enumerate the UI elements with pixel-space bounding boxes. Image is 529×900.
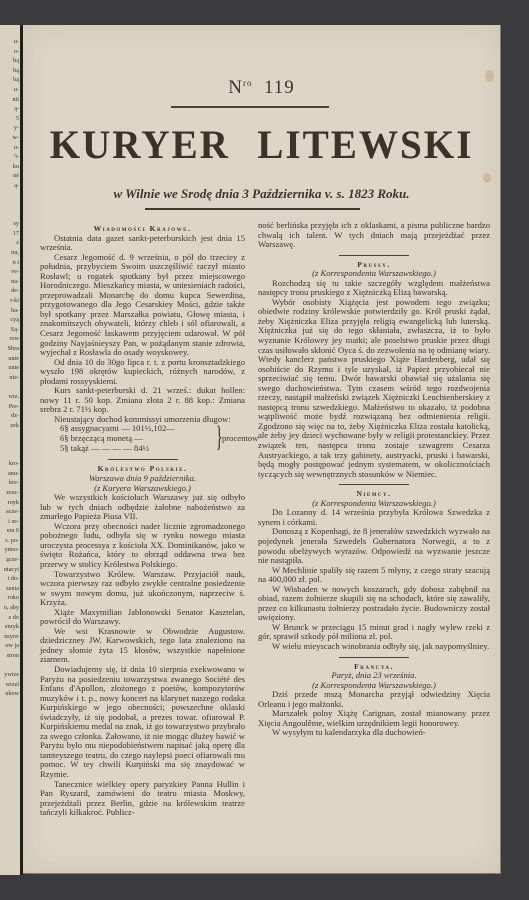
paragraph: Od dnia 10 do 30go lipca r. t. z portu k… [40, 358, 245, 387]
paragraph: Tanecznice wielkiey opery paryzkiey Pann… [40, 780, 245, 818]
previous-page-text-fragment: ywize [0, 670, 20, 680]
previous-page-text-fragment: nii [0, 95, 20, 105]
paragraph: W wielu mieyscach winobrania odbyły się,… [258, 642, 490, 652]
table-row: 5§ takąż — — — — 84½ [40, 444, 245, 454]
section-separator [339, 657, 409, 658]
previous-page-text-fragment: i ze- [0, 517, 20, 527]
left-column: Wiadomości Krajowe. Ostatnia data gazet … [40, 224, 245, 818]
previous-page-text-fragment: wiz. [0, 392, 20, 402]
paragraph: W wysyłym tu kalendarzyka dla duchowień- [258, 728, 490, 738]
paragraph: Kurs sankt-peterburski d. 21 wrześ.: duk… [40, 386, 245, 415]
previous-page-text-fragment: ą- [0, 181, 20, 191]
paragraph: Wybór osobisty Xiążęcia jest powodem teg… [258, 298, 490, 479]
paragraph: Donoszą z Kopenhagi, że 8 jenerałów szwe… [258, 527, 490, 565]
previous-page-text-fragment: ntacyi [0, 565, 20, 575]
paragraph: W Mechlinie spaliły się razem 5 młyny, z… [258, 566, 490, 585]
previous-page-text-fragment: sy [0, 219, 20, 229]
previous-page-text-fragment: kre- [0, 478, 20, 488]
section-separator [108, 459, 178, 460]
paragraph: Dowiadujemy się, iż dnia 10 sierpnia exe… [40, 665, 245, 780]
previous-page-text-fragment: y- [0, 123, 20, 133]
paragraph: W Brunck w przeciągu 15 minut grad i nag… [258, 623, 490, 642]
previous-page-text-fragment: u- [0, 85, 20, 95]
previous-page-text-fragment: né [0, 171, 20, 181]
paragraph: W Wisbaden w nowych koszarach, gdy dobos… [258, 585, 490, 623]
previous-page-text-fragment: 17 [0, 229, 20, 239]
previous-page-text-fragment: bą [0, 75, 20, 85]
previous-page-text-fragment: nie- [0, 373, 20, 383]
previous-page-text-fragment: anu- [0, 469, 20, 479]
header-rule-bottom [145, 208, 360, 210]
previous-page-text-fragment: wizel [0, 680, 20, 690]
debt-table: 6§ assygnacyami — 101½,102— 6§ brzęczącą… [40, 424, 245, 454]
previous-page-text-fragment: bą [0, 66, 20, 76]
paragraph: We wszystkich kościołach Warszawy już si… [40, 493, 245, 522]
paragraph: Marszałek polny Xiążę Carignan, został m… [258, 709, 490, 728]
previous-page-text-fragment: nu, [0, 248, 20, 258]
brace-label: procentow [222, 434, 258, 444]
paragraph: Dziś przede mszą Monarcha przyjął odwied… [258, 690, 490, 709]
previous-page-text-fragment: Pre- [0, 402, 20, 412]
previous-page-text-fragment: dz- [0, 411, 20, 421]
previous-page-text-fragment: bą [0, 56, 20, 66]
paragraph: Do Lozanny d. 14 września przybyła Królo… [258, 508, 490, 527]
previous-page-text-fragment: zenia [0, 584, 20, 594]
previous-page-text-fragment: s. po- [0, 536, 20, 546]
paragraph: Ostatnia data gazet sankt-peterburskich … [40, 234, 245, 253]
previous-page-text-fragment [0, 440, 20, 450]
previous-page-text-fragment: royk [0, 498, 20, 508]
previous-page-text-fragment: 5 [0, 114, 20, 124]
previous-page-text-fragment: zek [0, 421, 20, 431]
paragraph: Wczora przy obecności nader licznie zgro… [40, 522, 245, 570]
previous-page-text-fragment: ukow [0, 689, 20, 699]
previous-page-text-fragment: de- [0, 286, 20, 296]
paragraph: Towarzystwo Królew. Warszaw. Przyjaciół … [40, 570, 245, 608]
previous-page-text-fragment: n, aby [0, 603, 20, 613]
section-separator [339, 255, 409, 256]
previous-page-text-fragment: w- [0, 133, 20, 143]
previous-page-text-fragment: i do- [0, 574, 20, 584]
previous-page-text-fragment: u- [0, 37, 20, 47]
section-separator [339, 484, 409, 485]
previous-page-text-fragment [0, 210, 20, 220]
previous-page-text-fragment: o- [0, 47, 20, 57]
previous-page-text-fragment: era 6 [0, 526, 20, 536]
paragraph: ność berlińska przyjęła ich z oklaskami,… [258, 221, 490, 250]
previous-page-text-fragment [0, 382, 20, 392]
paper-stain [483, 173, 491, 183]
previous-page-text-fragment: roku [0, 593, 20, 603]
previous-page-text-fragment: row [0, 334, 20, 344]
paragraph: Rozchodzą się tu takie szczegóły względe… [258, 279, 490, 298]
previous-page-text-fragment: r-ki [0, 296, 20, 306]
previous-page-text-fragment [0, 200, 20, 210]
previous-page-text-fragment: na- [0, 277, 20, 287]
paragraph: Xiąże Maxymilian Jabłonowski Senator Kas… [40, 608, 245, 627]
previous-page-text-fragment: u- [0, 143, 20, 153]
previous-page-text-fragment: Sbra [0, 344, 20, 354]
issue-number: Nro 119 [23, 77, 500, 99]
previous-page-text-fragment [0, 430, 20, 440]
previous-page-edge: u-o-bąbąbąu-niią-5y-w-u-'i-kunéą- sy17zn… [0, 25, 22, 875]
previous-page-text-fragment: enryk [0, 622, 20, 632]
paragraph: We wsi Krasnowie w Obwodzie Augustow. dz… [40, 627, 245, 665]
previous-page-text-fragment: 'i- [0, 152, 20, 162]
previous-page-text-fragment: nsyov [0, 632, 20, 642]
previous-page-text-fragment: ku [0, 162, 20, 172]
previous-page-text-fragment: ve- [0, 267, 20, 277]
previous-page-text-fragment: n i [0, 258, 20, 268]
previous-page-text-fragment: ha- [0, 306, 20, 316]
previous-page-text-fragment [0, 191, 20, 201]
previous-page-text-fragment: kro- [0, 459, 20, 469]
previous-page-text-fragment: acze- [0, 507, 20, 517]
masthead-title: KURYERLITEWSKI [28, 121, 495, 168]
previous-page-text-fragment [0, 661, 20, 671]
previous-page-text-fragment: unie [0, 354, 20, 364]
header-rule-top [171, 106, 329, 108]
previous-page-text-fragment: cyą [0, 315, 20, 325]
previous-page-text-fragment [0, 450, 20, 460]
previous-page-text-fragment: unie [0, 363, 20, 373]
previous-page-text-fragment: z [0, 238, 20, 248]
previous-page-text-fragment: ynno- [0, 545, 20, 555]
right-column: ność berlińska przyjęła ich z oklaskami,… [258, 221, 490, 738]
previous-page-text-fragment: ącze- [0, 555, 20, 565]
previous-page-text-fragment: stron [0, 651, 20, 661]
dateline: w Wilnie we Srodę dnia 3 Października v.… [23, 186, 500, 202]
paragraph: Cesarz Jegomość d. 9 września, o pół do … [40, 253, 245, 358]
previous-page-text-fragment: zesz- [0, 488, 20, 498]
previous-page-text-fragment: ą- [0, 104, 20, 114]
previous-page-text-fragment: ow ja [0, 641, 20, 651]
previous-page-text-fragment: Są- [0, 325, 20, 335]
previous-page-text-fragment: z do [0, 613, 20, 623]
